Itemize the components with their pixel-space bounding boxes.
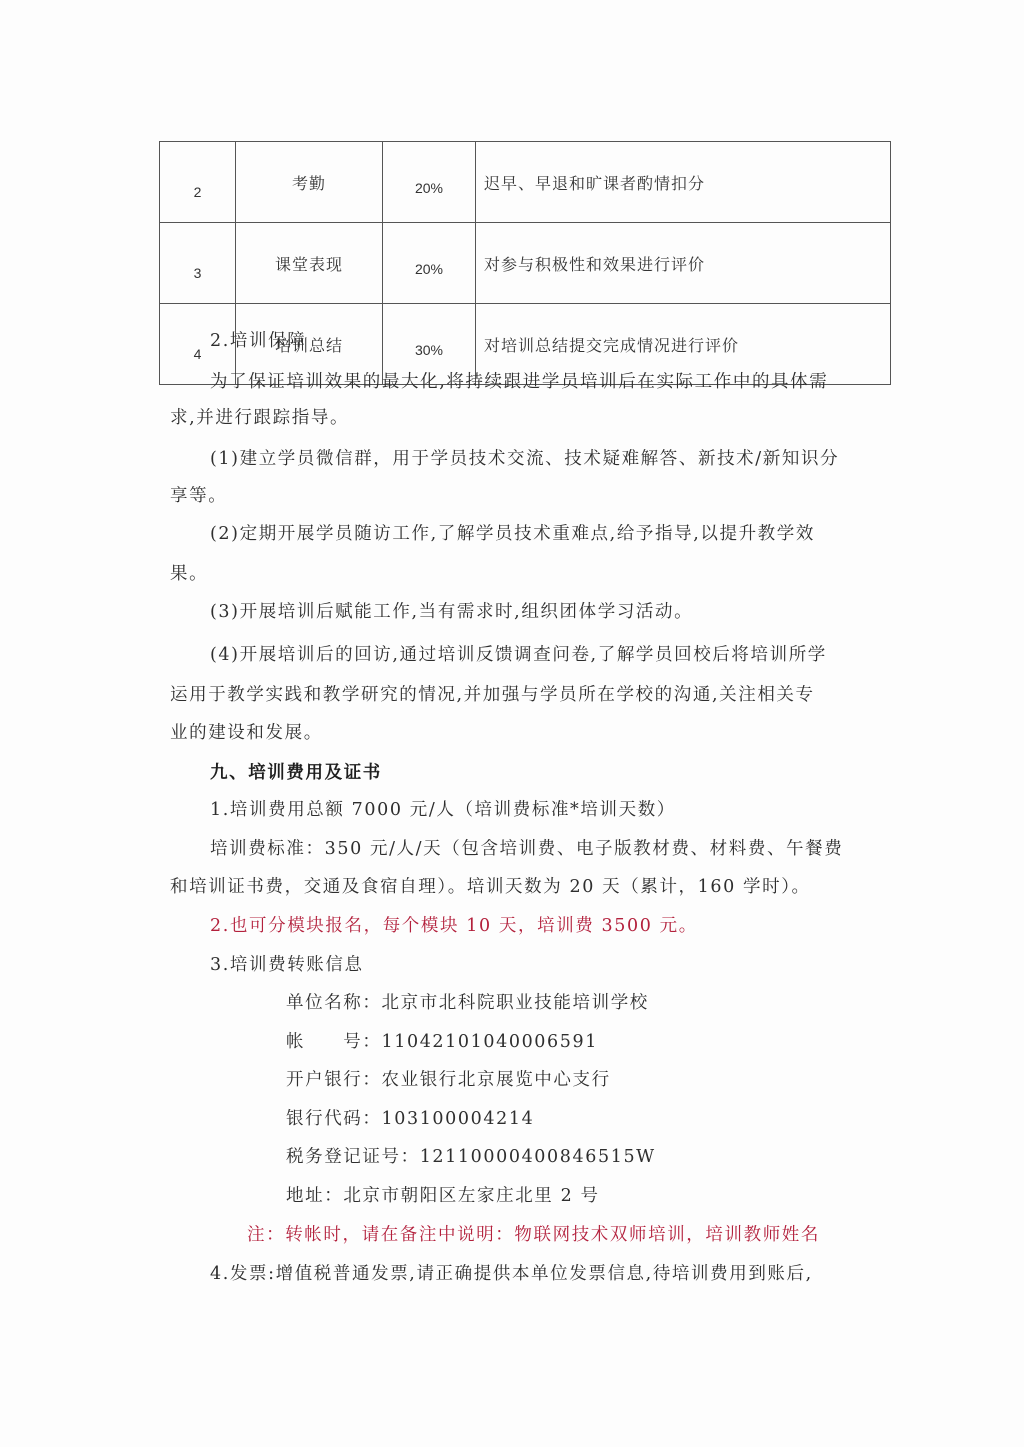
guarantee-item1-line2: 享等。 [170, 484, 227, 508]
assessment-weight: 20% [383, 223, 476, 304]
bank-tax-value: 12110000400846515W [420, 1147, 656, 1167]
guarantee-item1-line1: (1)建立学员微信群，用于学员技术交流、技术疑难解答、新技术/新知识分 [210, 447, 839, 471]
guarantee-item4-line2: 运用于教学实践和教学研究的情况,并加强与学员所在学校的沟通,关注相关专 [170, 683, 815, 707]
bank-account-value: 11042101040006591 [382, 1032, 598, 1052]
bank-unit-value: 北京市北科院职业技能培训学校 [382, 993, 649, 1013]
assessment-description: 对参与积极性和效果进行评价 [476, 223, 891, 304]
fees-standard-line2: 和培训证书费，交通及食宿自理）。培训天数为 20 天（累计，160 学时）。 [170, 875, 811, 899]
bank-name: 开户银行：农业银行北京展览中心支行 [286, 1068, 611, 1092]
bank-tax-label: 税务登记证号： [286, 1145, 420, 1169]
bank-unit-label: 单位名称： [286, 991, 382, 1015]
fees-module-note: 2.也可分模块报名，每个模块 10 天，培训费 3500 元。 [210, 914, 698, 938]
fees-section-heading: 九、培训费用及证书 [210, 761, 382, 785]
guarantee-intro-line1: 为了保证培训效果的最大化,将持续跟进学员培训后在实际工作中的具体需 [210, 370, 828, 394]
guarantee-item3-line1: (3)开展培训后赋能工作,当有需求时,组织团体学习活动。 [210, 600, 693, 624]
guarantee-item2-line2: 果。 [170, 562, 208, 586]
bank-tax-id: 税务登记证号：12110000400846515W [286, 1145, 656, 1169]
invoice-line: 4.发票:增值税普通发票,请正确提供本单位发票信息,待培训费用到账后, [210, 1262, 813, 1286]
transfer-remark-note: 注：转帐时，请在备注中说明：物联网技术双师培训，培训教师姓名 [247, 1223, 820, 1247]
bank-name-label: 开户银行： [286, 1068, 382, 1092]
bank-name-value: 农业银行北京展览中心支行 [382, 1070, 611, 1090]
guarantee-intro-line2: 求,并进行跟踪指导。 [170, 406, 349, 430]
fees-transfer-heading: 3.培训费转账信息 [210, 953, 364, 977]
bank-address-label: 地址： [286, 1184, 343, 1208]
bank-code-label: 银行代码： [286, 1107, 382, 1131]
assessment-description: 迟早、早退和旷课者酌情扣分 [476, 142, 891, 223]
guarantee-item4-line3: 业的建设和发展。 [170, 721, 323, 745]
row-number: 2 [160, 142, 236, 223]
bank-account-label: 帐 号： [286, 1030, 382, 1054]
document-page: 2 考勤 20% 迟早、早退和旷课者酌情扣分 3 课堂表现 20% 对参与积极性… [0, 0, 1024, 1447]
bank-address-value: 北京市朝阳区左家庄北里 2 号 [343, 1186, 599, 1206]
guarantee-heading: 2.培训保障 [210, 329, 306, 353]
assessment-item: 考勤 [236, 142, 383, 223]
bank-address: 地址：北京市朝阳区左家庄北里 2 号 [286, 1184, 600, 1208]
table-row: 3 课堂表现 20% 对参与积极性和效果进行评价 [160, 223, 891, 304]
fees-standard-line1: 培训费标准：350 元/人/天（包含培训费、电子版教材费、材料费、午餐费 [210, 837, 843, 861]
assessment-item: 课堂表现 [236, 223, 383, 304]
fees-item1: 1.培训费用总额 7000 元/人（培训费标准*培训天数） [210, 798, 676, 822]
assessment-weight: 20% [383, 142, 476, 223]
bank-account: 帐 号：11042101040006591 [286, 1030, 598, 1054]
bank-code-value: 103100004214 [382, 1109, 535, 1129]
row-number: 3 [160, 223, 236, 304]
table-row: 2 考勤 20% 迟早、早退和旷课者酌情扣分 [160, 142, 891, 223]
bank-code: 银行代码：103100004214 [286, 1107, 534, 1131]
guarantee-item2-line1: (2)定期开展学员随访工作,了解学员技术重难点,给予指导,以提升教学效 [210, 522, 815, 546]
guarantee-item4-line1: (4)开展培训后的回访,通过培训反馈调查问卷,了解学员回校后将培训所学 [210, 643, 827, 667]
bank-unit-name: 单位名称：北京市北科院职业技能培训学校 [286, 991, 649, 1015]
